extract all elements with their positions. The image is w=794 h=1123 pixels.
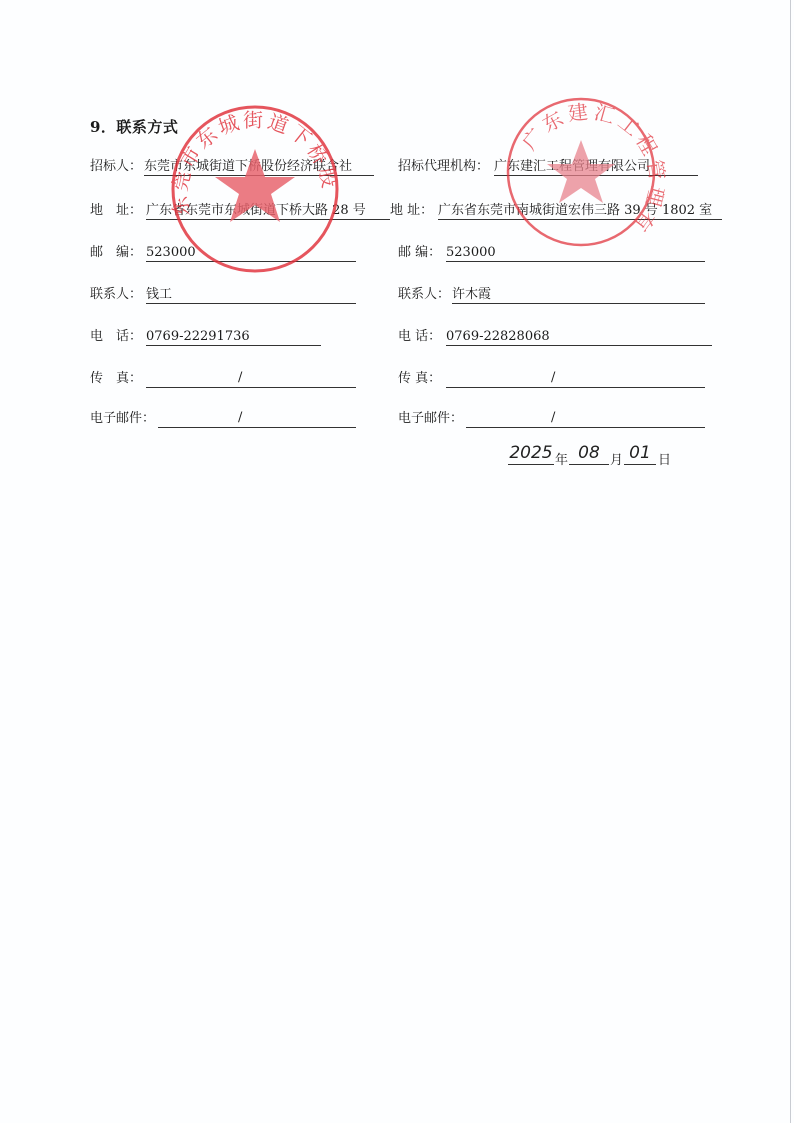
tenderer-phone-value: 0769-22291736 bbox=[146, 328, 250, 346]
agency-contact-label: 联系人： bbox=[398, 286, 450, 304]
tenderer-email-value: / bbox=[238, 409, 242, 427]
agency-name-field: 招标代理机构： 广东建汇工程管理有限公司 bbox=[398, 158, 489, 176]
tenderer-name-field: 招标人： 东莞市东城街道下桥股份经济联合社 bbox=[90, 158, 142, 176]
tenderer-contact-value-line: 钱工 bbox=[146, 286, 356, 304]
tenderer-address-field: 地 址： 广东省东莞市东城街道下桥大路 28 号 bbox=[90, 202, 142, 220]
tenderer-email-label: 电子邮件： bbox=[90, 410, 155, 428]
tenderer-postcode-field: 邮 编： 523000 bbox=[90, 244, 142, 262]
date-month-unit: 月 bbox=[610, 449, 623, 468]
tenderer-contact-field: 联系人： 钱工 bbox=[90, 286, 142, 304]
date-year: 2025 bbox=[508, 443, 554, 463]
tenderer-email-field: 电子邮件： / bbox=[90, 410, 155, 428]
agency-phone-value-line: 0769-22828068 bbox=[446, 328, 712, 346]
agency-name-label: 招标代理机构： bbox=[398, 158, 489, 176]
agency-email-field: 电子邮件： / bbox=[398, 410, 463, 428]
agency-postcode-value: 523000 bbox=[446, 244, 496, 262]
tenderer-contact-value: 钱工 bbox=[146, 286, 172, 304]
agency-contact-value: 许木霞 bbox=[452, 286, 491, 304]
date-month: 08 bbox=[569, 443, 609, 463]
seal-star-icon bbox=[547, 140, 615, 203]
tenderer-contact-label: 联系人： bbox=[90, 286, 142, 304]
agency-email-label: 电子邮件： bbox=[398, 410, 463, 428]
tenderer-phone-label: 电 话： bbox=[90, 328, 142, 346]
tenderer-address-label: 地 址： bbox=[90, 202, 142, 220]
page-edge-line bbox=[790, 0, 791, 1123]
tenderer-postcode-label: 邮 编： bbox=[90, 244, 142, 262]
tenderer-email-value-line: / bbox=[158, 410, 356, 428]
tenderer-name-label: 招标人： bbox=[90, 158, 142, 176]
tenderer-fax-value: / bbox=[238, 369, 242, 387]
agency-email-value-line: / bbox=[466, 410, 705, 428]
agency-fax-value: / bbox=[551, 369, 555, 387]
date-month-line: 08 bbox=[569, 447, 609, 465]
agency-fax-field: 传 真： / bbox=[398, 370, 441, 388]
agency-contact-value-line: 许木霞 bbox=[452, 286, 705, 304]
tenderer-fax-value-line: / bbox=[146, 370, 356, 388]
tenderer-seal: 东莞市东城街道下桥股份经济联合社 bbox=[155, 97, 355, 277]
agency-phone-value: 0769-22828068 bbox=[446, 328, 550, 346]
tenderer-phone-field: 电 话： 0769-22291736 bbox=[90, 328, 142, 346]
agency-address-label: 地 址： bbox=[390, 202, 433, 220]
date-day: 01 bbox=[624, 443, 656, 463]
seal-star-icon bbox=[215, 149, 295, 222]
agency-fax-label: 传 真： bbox=[398, 370, 441, 388]
agency-address-field: 地 址： 广东省东莞市南城街道宏伟三路 39 号 1802 室 bbox=[390, 202, 433, 220]
agency-postcode-field: 邮 编： 523000 bbox=[398, 244, 441, 262]
agency-contact-field: 联系人： 许木霞 bbox=[398, 286, 450, 304]
date-day-unit: 日 bbox=[658, 449, 671, 468]
agency-seal: 广东建汇工程管理有限公司 bbox=[493, 92, 673, 252]
tenderer-fax-field: 传 真： / bbox=[90, 370, 142, 388]
tenderer-phone-value-line: 0769-22291736 bbox=[146, 328, 321, 346]
agency-postcode-label: 邮 编： bbox=[398, 244, 441, 262]
tenderer-fax-label: 传 真： bbox=[90, 370, 142, 388]
agency-phone-label: 电 话： bbox=[398, 328, 441, 346]
agency-email-value: / bbox=[551, 409, 555, 427]
date-year-line: 2025 bbox=[508, 447, 554, 465]
date-day-line: 01 bbox=[624, 447, 656, 465]
date-year-unit: 年 bbox=[555, 449, 568, 468]
agency-fax-value-line: / bbox=[446, 370, 705, 388]
agency-phone-field: 电 话： 0769-22828068 bbox=[398, 328, 441, 346]
